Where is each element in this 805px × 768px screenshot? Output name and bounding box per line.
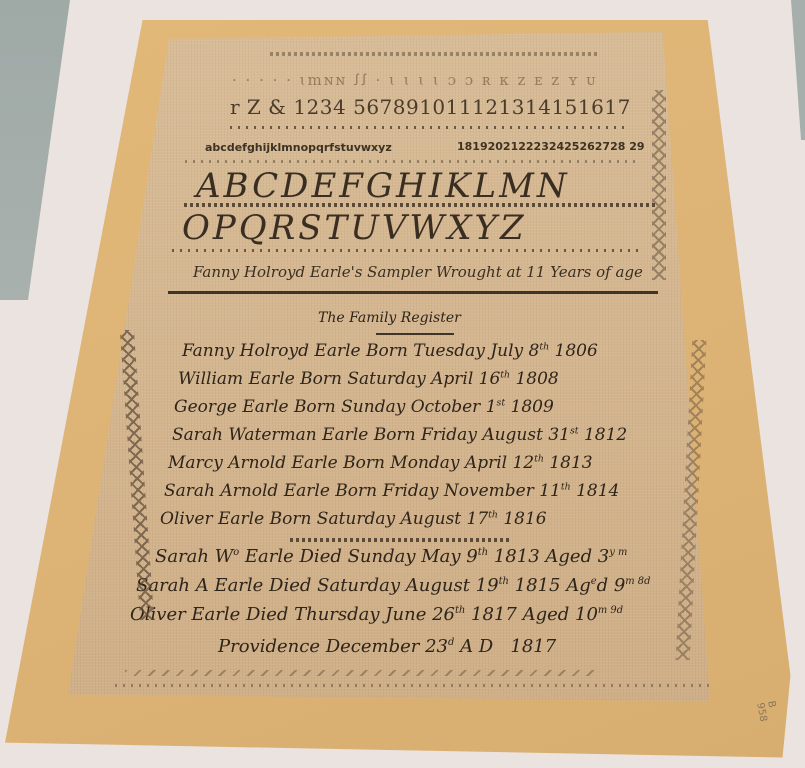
right-lower-border (676, 340, 707, 660)
birth-entry: Sarah Waterman Earle Born Friday August … (172, 425, 627, 445)
numerals-row: r Z & 1234 567891011121314151617 (230, 95, 631, 119)
script-alphabet-row-2: OPQRSTUVWXYZ (182, 208, 527, 248)
lowercase-alphabet-row: abcdefghijklmnopqrfstuvwxyz (205, 141, 392, 154)
top-border-band (270, 52, 600, 56)
title-underline (168, 291, 658, 294)
birth-entry: George Earle Born Sunday October 1st 180… (174, 397, 554, 417)
numerals-continued-row: 1819202122232425262728 29 (457, 140, 645, 153)
birth-entry: Fanny Holroyd Earle Born Tuesday July 8t… (182, 341, 598, 361)
birth-entry: Sarah Arnold Earle Born Friday November … (164, 481, 619, 501)
left-zigzag-border (120, 330, 154, 620)
births-deaths-divider (290, 538, 512, 542)
birth-entry: William Earle Born Saturday April 16th 1… (178, 369, 559, 389)
death-entry: Oliver Earle Died Thursday June 26th 181… (130, 604, 623, 625)
bottom-zigzag-border (125, 670, 595, 676)
bottom-border-band (115, 684, 715, 687)
register-heading-underline (376, 333, 454, 335)
register-heading: The Family Register (318, 310, 461, 326)
sampler-embroidery: · · · · · ɩmɴɴ ꭍꭍ · ɩ ɩ ɩ ɩ ɔ ɔ ʀ ᴋ ᴢ ᴇ … (0, 0, 805, 768)
alphabet-divider-1 (184, 203, 656, 207)
death-entry: Sarah Wo Earle Died Sunday May 9th 1813 … (155, 546, 627, 567)
faded-alphabet-row: · · · · · ɩmɴɴ ꭍꭍ · ɩ ɩ ɩ ɩ ɔ ɔ ʀ ᴋ ᴢ ᴇ … (232, 70, 597, 90)
museum-accession-label: B 958 (754, 700, 781, 732)
right-upper-border (652, 90, 666, 280)
alphabet-divider-2 (172, 249, 642, 252)
closing-line: Providence December 23d A D 1817 (218, 636, 556, 657)
script-alphabet-row-1: ABCDEFGHIKLMN (196, 166, 570, 206)
birth-entry: Marcy Arnold Earle Born Monday April 12t… (168, 453, 593, 473)
birth-entry: Oliver Earle Born Saturday August 17th 1… (160, 509, 547, 529)
numerals-divider (230, 126, 630, 129)
death-entry: Sarah A Earle Died Saturday August 19th … (136, 575, 650, 596)
sampler-title: Fanny Holroyd Earle's Sampler Wrought at… (193, 263, 643, 281)
lowercase-divider (185, 160, 635, 163)
